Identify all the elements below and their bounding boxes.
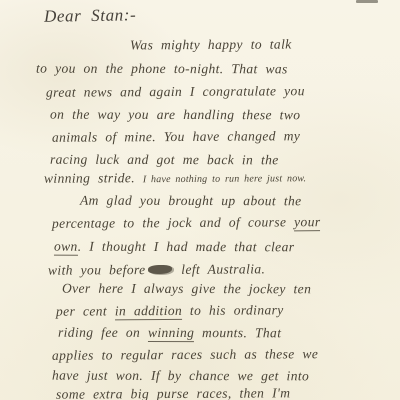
handwritten-line: Was mighty happy to talk: [130, 37, 292, 54]
handwritten-line: own. I thought I had made that clear: [54, 239, 294, 256]
handwritten-line: riding fee on winning mounts. That: [58, 325, 281, 342]
text-segment: have just won. If by chance we get into: [52, 368, 309, 384]
text-segment: mounts. That: [194, 325, 281, 340]
handwritten-line: per cent in addition to his ordinary: [56, 302, 284, 319]
text-segment: [149, 386, 157, 400]
text-segment: per cent: [56, 303, 115, 318]
cut-off-text-fragment: [356, 0, 378, 3]
text-segment: Was mighty happy to talk: [130, 37, 292, 53]
text-segment: to you on the phone to-night. That was: [36, 61, 288, 77]
text-segment: great news and again I congratulate you: [46, 83, 305, 100]
handwritten-line: some extra big purse races, then I'm: [56, 385, 290, 400]
underlined-word: winning: [148, 325, 194, 342]
handwritten-line: great news and again I congratulate you: [46, 83, 305, 101]
letter-greeting: Dear Stan:-: [44, 5, 137, 27]
underlined-word: in addition: [115, 303, 182, 320]
underlined-word: big: [131, 386, 150, 400]
handwritten-line: percentage to the jock and of course you…: [52, 214, 321, 232]
handwritten-line: with you before left Australia.: [48, 261, 265, 278]
text-segment: on the way you are handling these two: [50, 107, 300, 123]
text-segment: animals of mine. You have changed my: [52, 128, 300, 145]
text-segment: to his ordinary: [182, 302, 284, 318]
handwritten-line: to you on the phone to-night. That was: [36, 61, 288, 78]
handwritten-line: racing luck and got me back in the: [50, 152, 279, 169]
text-segment: left Australia.: [173, 261, 265, 277]
crossed-out-word: [147, 265, 171, 274]
underlined-word: your: [294, 214, 320, 231]
text-segment: winning stride.: [44, 170, 143, 186]
handwritten-line: Over here I always give the jockey ten: [62, 281, 311, 298]
handwritten-line: have just won. If by chance we get into: [52, 368, 309, 385]
text-segment: . I thought I had made that clear: [78, 239, 295, 255]
text-segment: riding fee on: [58, 325, 148, 340]
letter-page: Dear Stan:- Was mighty happy to talkto y…: [0, 0, 400, 400]
text-segment: some extra: [56, 386, 131, 400]
handwritten-line: applies to regular races such as these w…: [52, 346, 318, 364]
underlined-word: purse: [157, 386, 189, 400]
text-segment: with you before: [48, 262, 146, 278]
underlined-word: own: [54, 239, 78, 256]
handwritten-line: Am glad you brought up about the: [80, 193, 302, 210]
handwritten-line: on the way you are handling these two: [50, 107, 300, 124]
text-segment: Over here I always give the jockey ten: [62, 281, 311, 297]
text-segment: applies to regular races such as these w…: [52, 346, 318, 363]
text-segment: races, then I'm: [189, 385, 291, 400]
text-segment: percentage to the jock and of course: [52, 214, 294, 230]
text-segment: Am glad you brought up about the: [80, 193, 302, 209]
text-segment: I have nothing to run here just now.: [143, 173, 306, 185]
text-segment: racing luck and got me back in the: [50, 152, 279, 168]
handwritten-line: winning stride. I have nothing to run he…: [44, 169, 306, 187]
handwritten-line: animals of mine. You have changed my: [52, 128, 300, 146]
